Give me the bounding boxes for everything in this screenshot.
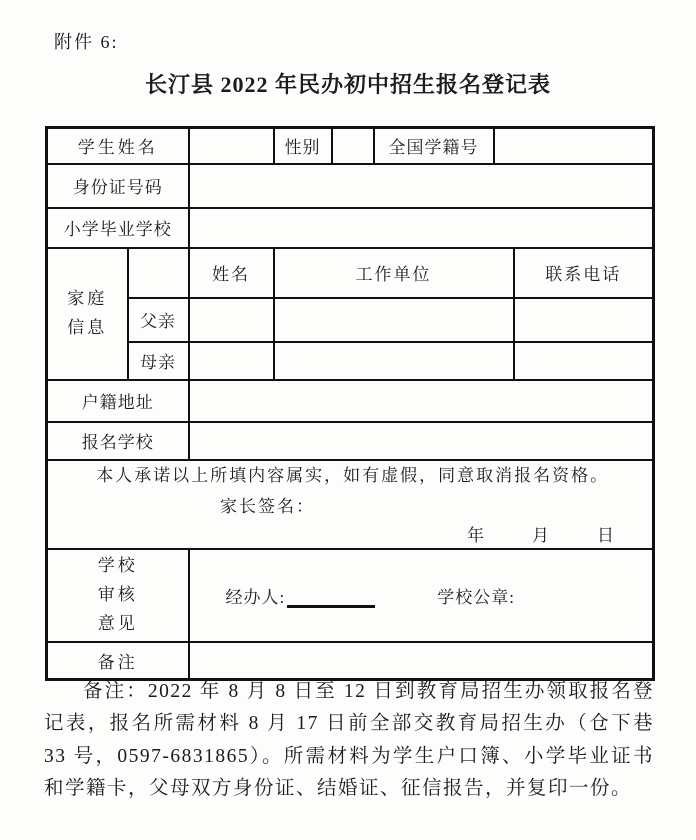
family-corner-cell xyxy=(128,248,189,298)
remarks-field xyxy=(189,642,654,680)
footnote: 备注：2022 年 8 月 8 日至 12 日到教育局招生办领取报名登记表，报名… xyxy=(44,676,654,805)
national-student-id-label: 全国学籍号 xyxy=(374,128,494,164)
father-name-field xyxy=(189,298,274,342)
mother-phone-field xyxy=(514,342,654,380)
school-review-label: 学校 审核 意见 xyxy=(47,549,189,642)
school-review-cell: 经办人: 学校公章: xyxy=(189,549,654,642)
school-review-label-line3: 意见 xyxy=(52,610,184,639)
date-year-label: 年 xyxy=(467,521,484,546)
pledge-text: 本人承诺以上所填内容属实，如有虚假，同意取消报名资格。 xyxy=(52,463,648,489)
apply-school-field xyxy=(189,422,654,460)
handler-label: 经办人: xyxy=(226,583,286,608)
family-info-label-line2: 信息 xyxy=(52,314,123,343)
father-label: 父亲 xyxy=(128,298,189,342)
pledge-cell: 本人承诺以上所填内容属实，如有虚假，同意取消报名资格。 家长签名： 年 月 日 xyxy=(47,460,654,550)
form-title: 长汀县 2022 年民办初中招生报名登记表 xyxy=(0,68,696,99)
table-row: 家庭 信息 姓名 工作单位 联系电话 xyxy=(47,248,654,298)
family-info-label: 家庭 信息 xyxy=(47,248,128,380)
table-row: 父亲 xyxy=(47,298,654,342)
date-month-label: 月 xyxy=(532,521,549,546)
table-row: 学校 审核 意见 经办人: 学校公章: xyxy=(47,549,654,642)
table-row: 学生姓名 性别 全国学籍号 xyxy=(47,128,654,164)
family-phone-header: 联系电话 xyxy=(514,248,654,298)
primary-school-label: 小学毕业学校 xyxy=(47,208,189,248)
mother-work-unit-field xyxy=(274,342,514,380)
apply-school-label: 报名学校 xyxy=(47,422,189,460)
table-row: 身份证号码 xyxy=(47,164,654,208)
father-phone-field xyxy=(514,298,654,342)
id-card-field xyxy=(189,164,654,208)
handler-signature-line xyxy=(287,605,375,608)
footnote-text: 备注：2022 年 8 月 8 日至 12 日到教育局招生办领取报名登记表，报名… xyxy=(44,676,654,805)
remarks-label: 备注 xyxy=(47,642,189,680)
family-name-header: 姓名 xyxy=(189,248,274,298)
parent-signature-label: 家长签名： xyxy=(220,492,648,517)
scanned-form-page: 附件 6: 长汀县 2022 年民办初中招生报名登记表 学生姓名 性别 全国学籍… xyxy=(0,0,696,840)
id-card-label: 身份证号码 xyxy=(47,164,189,208)
registration-table: 学生姓名 性别 全国学籍号 身份证号码 小学毕业学校 家庭 信 xyxy=(45,126,655,681)
father-work-unit-field xyxy=(274,298,514,342)
gender-field xyxy=(332,128,374,164)
family-work-unit-header: 工作单位 xyxy=(274,248,514,298)
date-day-label: 日 xyxy=(597,521,614,546)
school-review-label-line2: 审核 xyxy=(52,581,184,610)
attachment-label: 附件 6: xyxy=(54,28,119,54)
primary-school-field xyxy=(189,208,654,248)
school-seal-label: 学校公章: xyxy=(437,583,515,608)
table-row: 母亲 xyxy=(47,342,654,380)
table-row: 小学毕业学校 xyxy=(47,208,654,248)
table-row: 户籍地址 xyxy=(47,380,654,422)
family-info-label-line1: 家庭 xyxy=(52,285,123,314)
table-row: 备注 xyxy=(47,642,654,680)
household-address-field xyxy=(189,380,654,422)
table-row: 报名学校 xyxy=(47,422,654,460)
pledge-date-line: 年 月 日 xyxy=(467,521,648,546)
table-row: 本人承诺以上所填内容属实，如有虚假，同意取消报名资格。 家长签名： 年 月 日 xyxy=(47,460,654,550)
student-name-label: 学生姓名 xyxy=(47,128,189,164)
gender-label: 性别 xyxy=(274,128,332,164)
household-address-label: 户籍地址 xyxy=(47,380,189,422)
mother-label: 母亲 xyxy=(128,342,189,380)
national-student-id-field xyxy=(494,128,654,164)
mother-name-field xyxy=(189,342,274,380)
student-name-field xyxy=(189,128,274,164)
school-review-label-line1: 学校 xyxy=(52,552,184,581)
